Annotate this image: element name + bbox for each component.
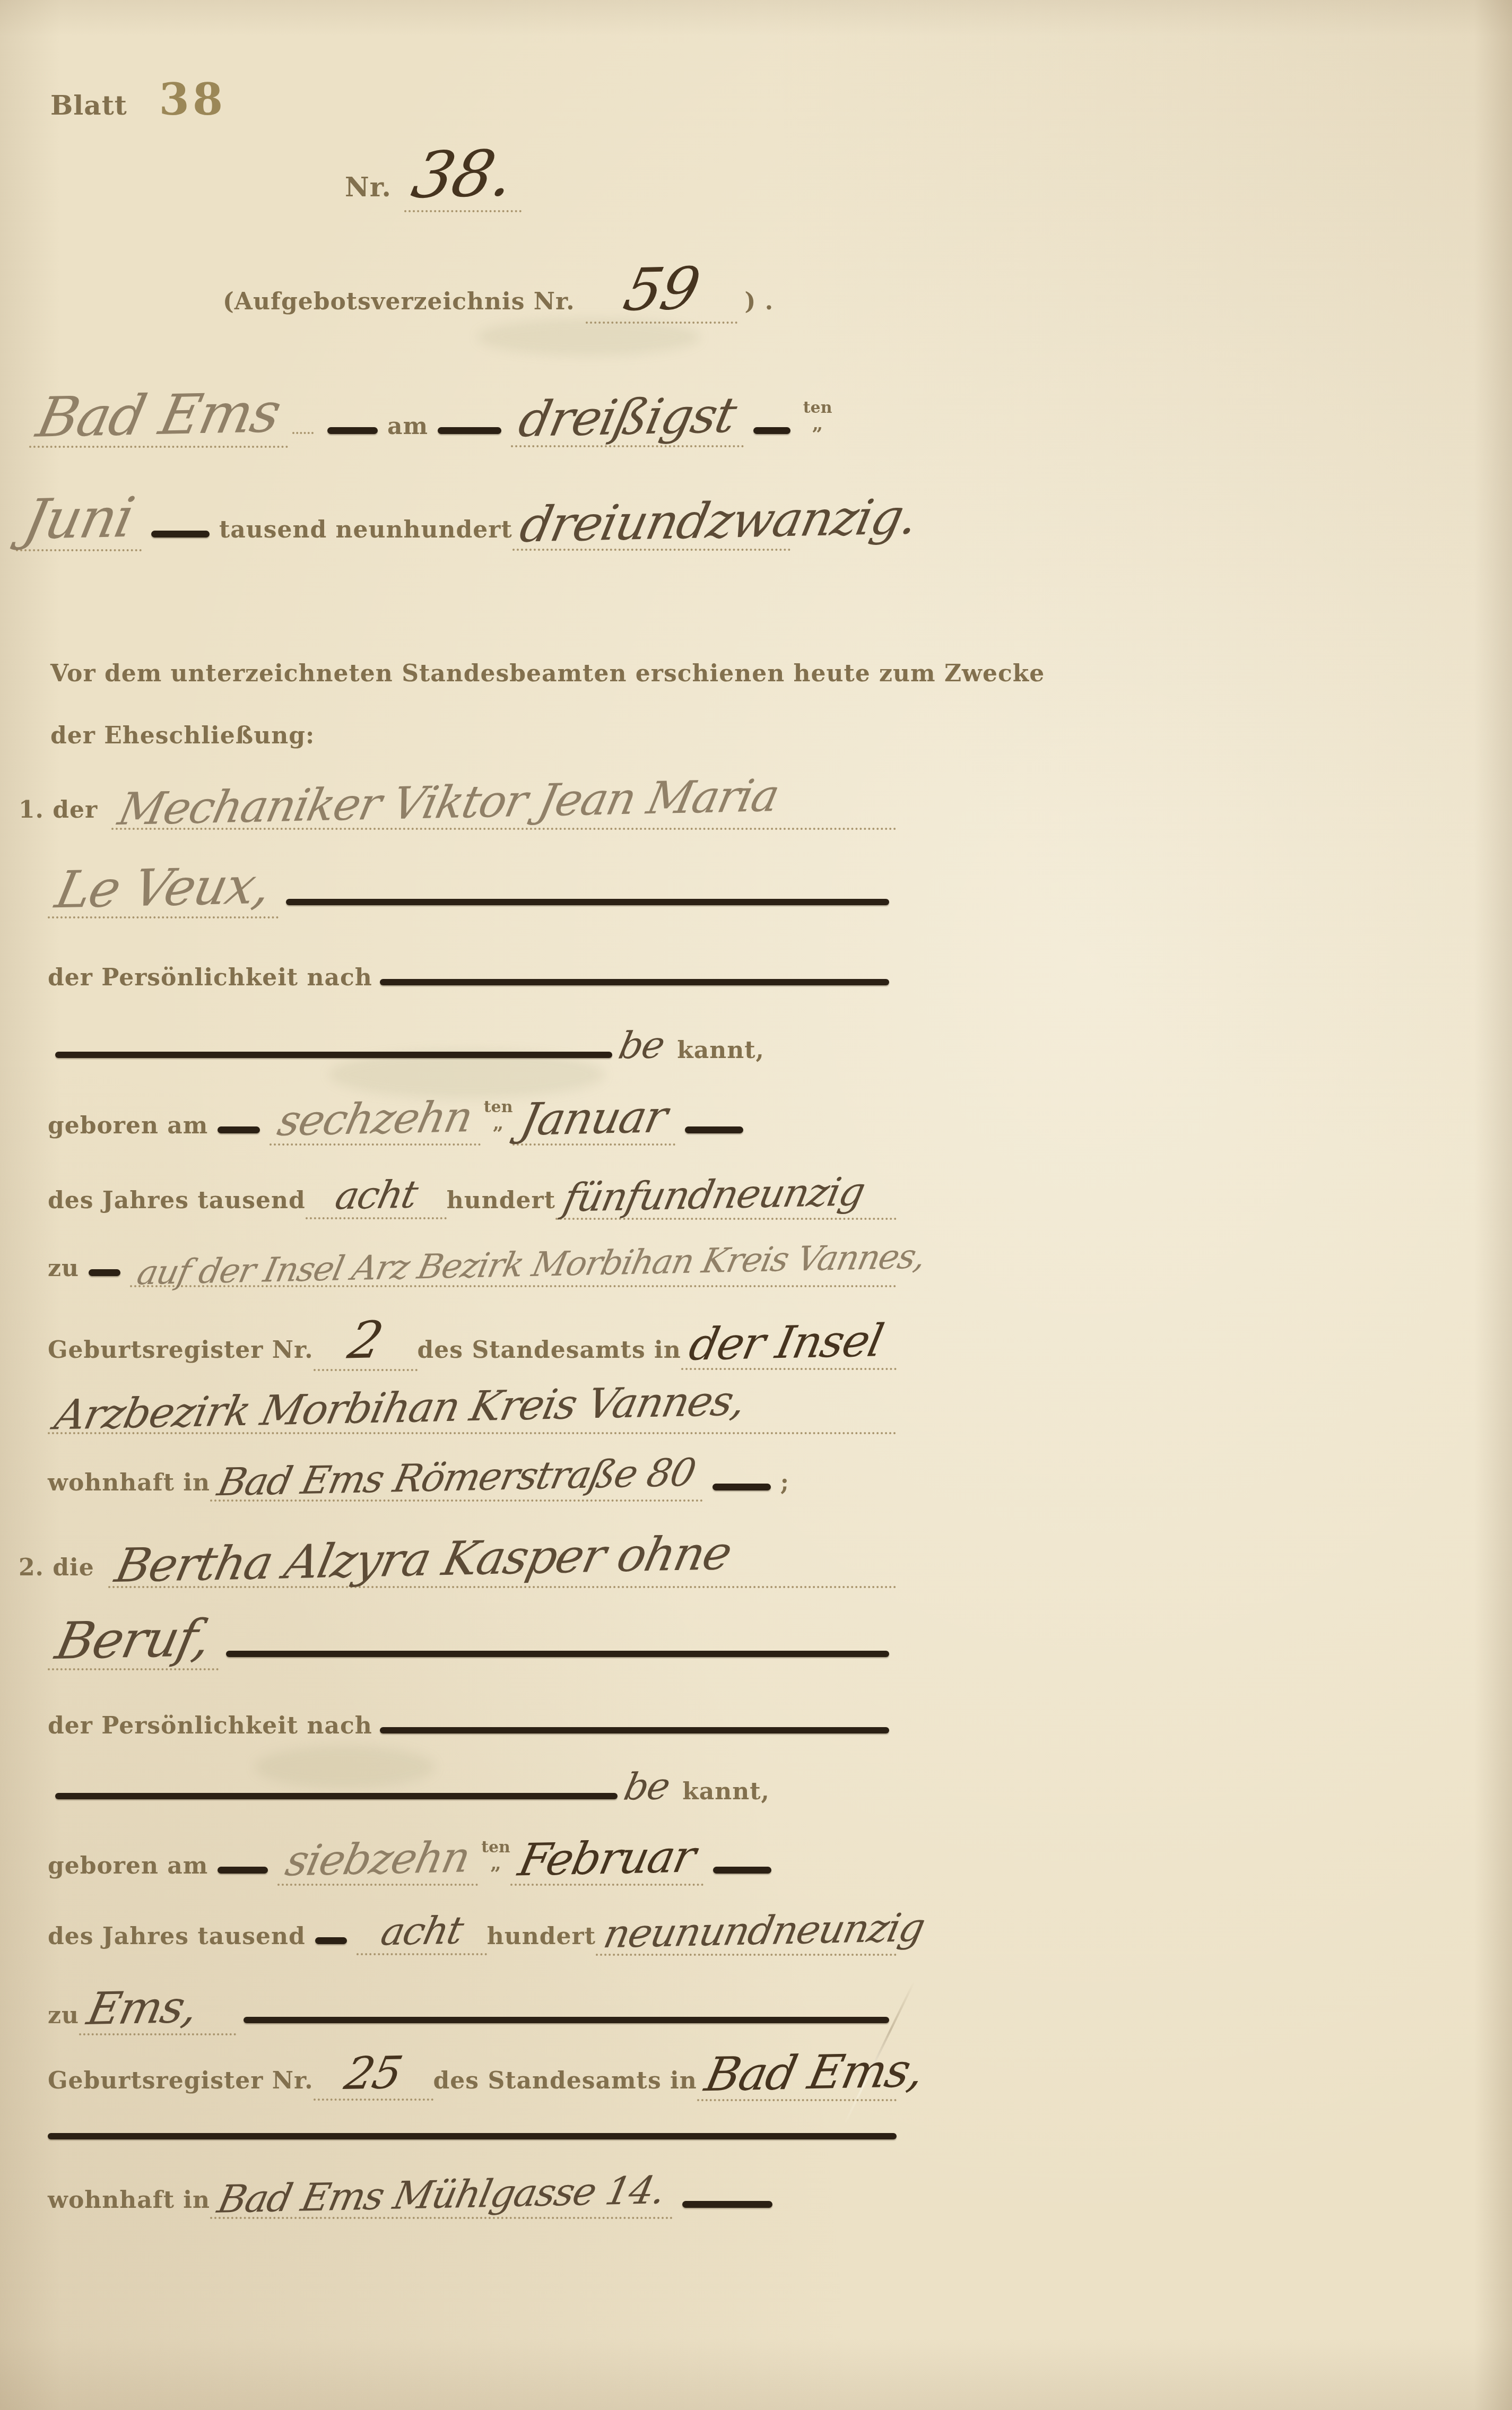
dotted-line: 59	[586, 260, 737, 324]
ink-stroke	[244, 2017, 889, 2023]
person2-name-line2: Beruf,	[48, 1614, 897, 1699]
dotted-line: Ems,	[79, 1986, 236, 2035]
person2-birth-day: siebzehn	[282, 1836, 473, 1882]
person2-blank-line	[48, 2133, 897, 2165]
dateline-place-day: Bad Ems am dreißigst ten „	[29, 387, 788, 472]
person2-known-prefix: be	[621, 1767, 672, 1806]
intro-paragraph: Vor dem unterzeichneten Standesbeamten e…	[50, 661, 1045, 698]
person1-birth-month: Januar	[517, 1094, 671, 1142]
ordinal-suffix: ten „	[481, 1841, 510, 1871]
person1-residence-line: wohnhaft in Bad Ems Römerstraße 80 ;	[48, 1458, 897, 1543]
dotted-line: Februar	[510, 1836, 703, 1886]
person2-register-number: 25	[341, 2050, 405, 2096]
person2-identity-label: der Persönlichkeit nach	[48, 1713, 372, 1740]
intro-paragraph: der Eheschließung:	[50, 723, 315, 760]
sheet-label: Blatt	[50, 90, 127, 121]
ditto-mark: „	[490, 1856, 501, 1872]
ditto-mark: „	[493, 1115, 504, 1132]
ink-dash	[712, 1484, 771, 1490]
intro-line-1: Vor dem unterzeichneten Standesbeamten e…	[50, 661, 1045, 688]
ink-dash	[151, 531, 210, 538]
ink-stroke	[226, 1651, 889, 1657]
person1-year-word2: fünfundneunzig	[560, 1172, 868, 1218]
ink-dash	[685, 1126, 743, 1133]
person1-surname: Le Veux,	[51, 860, 275, 915]
dateline-month: Juni	[20, 490, 138, 547]
ink-dash	[753, 427, 790, 434]
ink-dash	[89, 1269, 120, 1276]
dotted-line: 38.	[404, 143, 522, 212]
person2-name-line1: 2. die Bertha Alzyra Kasper ohne	[19, 1536, 897, 1621]
ordinal-suffix: ten „	[803, 401, 832, 432]
banns-number: 59	[619, 259, 704, 319]
person1-name-line2: Le Veux,	[48, 862, 897, 947]
dotted-line: Bad Ems Römerstraße 80	[210, 1458, 703, 1502]
dotted-line: acht	[306, 1176, 447, 1219]
person2-year-label2: hundert	[487, 1923, 596, 1950]
person1-register-number: 2	[344, 1314, 386, 1366]
person1-residence-label: wohnhaft in	[48, 1470, 210, 1497]
person1-register-label: Geburtsregister Nr.	[48, 1337, 314, 1364]
person2-residence-label: wohnhaft in	[48, 2187, 210, 2214]
person1-year-word1: acht	[332, 1175, 420, 1215]
ink-dash	[682, 2201, 772, 2208]
person1-identity-line: der Persönlichkeit nach	[48, 965, 897, 1012]
dotted-line: sechzehn	[270, 1098, 480, 1146]
person2-birth-month: Februar	[515, 1834, 699, 1883]
person1-office-value2: Arzbezirk Morbihan Kreis Vannes,	[51, 1380, 749, 1436]
person2-year-word2: neunundneunzig	[601, 1908, 928, 1954]
person2-identity-line: der Persönlichkeit nach	[48, 1713, 897, 1761]
person1-office-value: der Insel	[685, 1318, 887, 1367]
dateline-day: dreißigst	[515, 391, 740, 444]
dotted-line: neunundneunzig	[596, 1911, 897, 1956]
ink-stroke	[48, 2133, 897, 2139]
person2-register-label: Geburtsregister Nr.	[48, 2068, 314, 2095]
person1-identity-label: der Persönlichkeit nach	[48, 965, 372, 992]
person2-register-line: Geburtsregister Nr. 25 des Standesamts i…	[48, 2049, 897, 2134]
dotted-line: Bad Ems	[29, 387, 288, 448]
person2-residence-line: wohnhaft in Bad Ems Mühlgasse 14.	[48, 2175, 897, 2260]
banns-close-paren: ) .	[745, 289, 774, 316]
dateline-month-year: Juni tausend neunhundert dreiundzwanzig.	[16, 491, 790, 576]
sheet-header: Blatt 38	[50, 74, 226, 159]
person1-birthdate-line: geboren am sechzehn ten „ Januar	[48, 1096, 897, 1181]
record-number-line: Nr. 38.	[345, 143, 522, 228]
person2-office-label: des Standesamts in	[433, 2068, 697, 2095]
dotted-line: Bad Ems,	[697, 2049, 897, 2101]
sheet-number: 38	[159, 74, 226, 125]
banns-label: (Aufgebotsverzeichnis Nr.	[223, 289, 575, 316]
dotted-line: fünfundneunzig	[555, 1175, 897, 1220]
person1-year-label1: des Jahres tausend	[48, 1187, 306, 1215]
dotted-line: Januar	[512, 1096, 675, 1146]
person2-birthplace: Ems,	[84, 1984, 201, 2031]
dotted-line: Juni	[16, 491, 142, 551]
person2-name: Bertha Alzyra Kasper ohne	[111, 1530, 735, 1589]
dotted-line: dreißigst	[511, 393, 744, 447]
dotted-line: Beruf,	[48, 1614, 219, 1670]
ordinal-suffix: ten „	[484, 1100, 513, 1131]
dotted-line: 25	[314, 2051, 433, 2101]
ink-dash	[218, 1126, 260, 1133]
dotted-line: Arzbezirk Morbihan Kreis Vannes,	[48, 1388, 897, 1434]
person2-office-value: Bad Ems,	[701, 2047, 928, 2098]
ditto-mark: „	[812, 416, 823, 432]
ink-stroke	[286, 899, 889, 905]
person2-occupation: Beruf,	[51, 1613, 214, 1667]
dotted-line: Mechaniker Viktor Jean Maria	[111, 780, 897, 830]
person2-at-label: zu	[48, 2002, 79, 2030]
person1-index-label: 1. der	[19, 797, 98, 824]
dotted-line	[292, 426, 314, 434]
person1-name: Mechaniker Viktor Jean Maria	[115, 773, 783, 831]
banns-register-line: (Aufgebotsverzeichnis Nr. 59 ) .	[223, 260, 774, 345]
dateline-thousand-label: tausend neunhundert	[219, 517, 512, 544]
dateline-on-label: am	[387, 413, 428, 440]
dotted-line: Le Veux,	[48, 862, 279, 918]
dateline-year: dreiundzwanzig.	[516, 492, 921, 550]
dotted-line: der Insel	[681, 1320, 897, 1370]
ink-dash	[438, 427, 501, 434]
person1-birth-day: sechzehn	[274, 1096, 476, 1142]
dotted-line: auf der Insel Arz Bezirk Morbihan Kreis …	[130, 1248, 897, 1287]
intro-line-2: der Eheschließung:	[50, 723, 315, 750]
person2-index-label: 2. die	[19, 1555, 94, 1582]
dotted-line: acht	[357, 1912, 487, 1955]
person1-known-line: be kannt,	[48, 1027, 897, 1090]
person2-born-label: geboren am	[48, 1853, 208, 1880]
ink-dash	[713, 1867, 771, 1874]
ink-dash	[218, 1867, 268, 1874]
ink-dash	[327, 427, 378, 434]
dateline-place: Bad Ems	[32, 385, 285, 445]
person1-name-line1: 1. der Mechaniker Viktor Jean Maria	[19, 780, 897, 865]
person1-residence: Bad Ems Römerstraße 80	[214, 1453, 698, 1502]
person2-known-line: be kannt,	[48, 1768, 897, 1832]
dotted-line: Bad Ems Mühlgasse 14.	[210, 2175, 673, 2219]
person2-known-label: kannt,	[682, 1779, 770, 1806]
record-number-label: Nr.	[345, 172, 392, 203]
person1-year-label2: hundert	[447, 1187, 555, 1215]
ink-stroke	[55, 1793, 618, 1799]
ink-stroke	[380, 1727, 889, 1733]
person1-office-label: des Standesamts in	[418, 1337, 681, 1364]
person1-at-label: zu	[48, 1255, 79, 1282]
dotted-line: Bertha Alzyra Kasper ohne	[108, 1536, 897, 1588]
person2-year-label1: des Jahres tausend	[48, 1923, 306, 1950]
person2-residence: Bad Ems Mühlgasse 14.	[214, 2171, 668, 2218]
ink-stroke	[380, 979, 889, 985]
person1-residence-suffix: ;	[780, 1470, 789, 1497]
ink-stroke	[55, 1052, 612, 1058]
record-number-value: 38.	[407, 142, 519, 208]
person1-known-label: kannt,	[677, 1037, 764, 1064]
dotted-line: dreiundzwanzig.	[512, 497, 790, 551]
dotted-line: siebzehn	[277, 1838, 478, 1886]
ink-dash	[315, 1937, 347, 1944]
dotted-line: 2	[314, 1315, 418, 1371]
person2-year-word1: acht	[378, 1911, 466, 1950]
person1-known-prefix: be	[615, 1026, 667, 1064]
registry-document-page: Blatt 38 Nr. 38. (Aufgebotsverzeichnis N…	[0, 0, 1512, 2410]
person1-born-label: geboren am	[48, 1113, 208, 1140]
